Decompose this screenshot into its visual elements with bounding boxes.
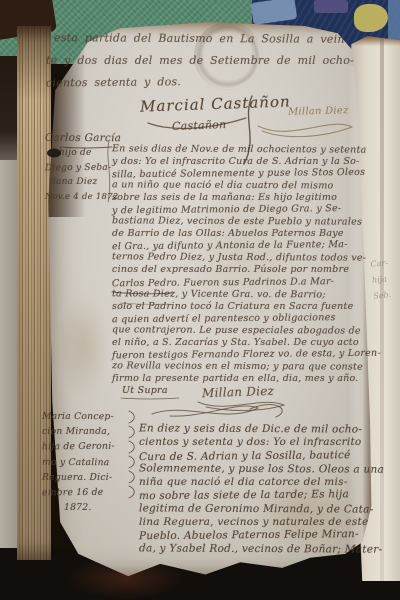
- cloth-patch: [354, 4, 388, 32]
- manuscript-photo: Car- hija Seb. esta partida del Bautismo…: [0, 0, 400, 600]
- signature-millan-top: Millan Diez: [288, 105, 349, 118]
- signature-rubric: Castañon: [172, 118, 227, 133]
- cloth-patch: [251, 0, 298, 25]
- cloth-patch: [314, 0, 348, 13]
- closing-fragment-previous-entry: esta partida del Bautismo en La Sosilla …: [46, 28, 354, 93]
- record1-margin-note: Carlos García hijo de Diego y Seba- tian…: [45, 131, 121, 205]
- record1-signature: Millan Diez: [202, 384, 275, 401]
- record1-body-text: En seis dias de Nov.e de mil ochocientos…: [112, 144, 381, 385]
- cloth-patch: [388, 0, 400, 44]
- record2-body-text: En diez y seis dias de Dic.e de mil ocho…: [139, 423, 384, 556]
- record2-margin-note: Maria Concep- cion Miranda, hija de Gero…: [42, 409, 115, 515]
- record1-closing: Ut Supra: [122, 385, 168, 396]
